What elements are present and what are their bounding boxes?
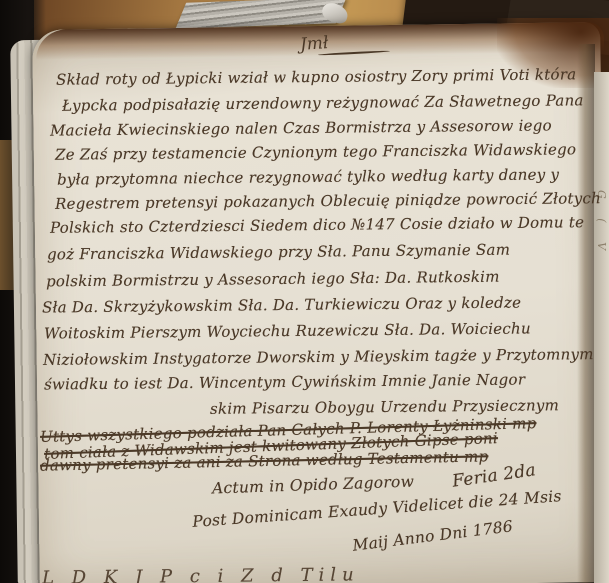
next-page-edge [594,72,609,583]
ornament-flourish: Jmł [299,33,329,55]
cutoff-next-entry-line: L D K J P c i Z d Tilu [42,564,360,583]
manuscript-photo: G ( V Jmł Skład roty od Łypicki wział w … [0,0,609,583]
page-right-crease [577,44,595,583]
